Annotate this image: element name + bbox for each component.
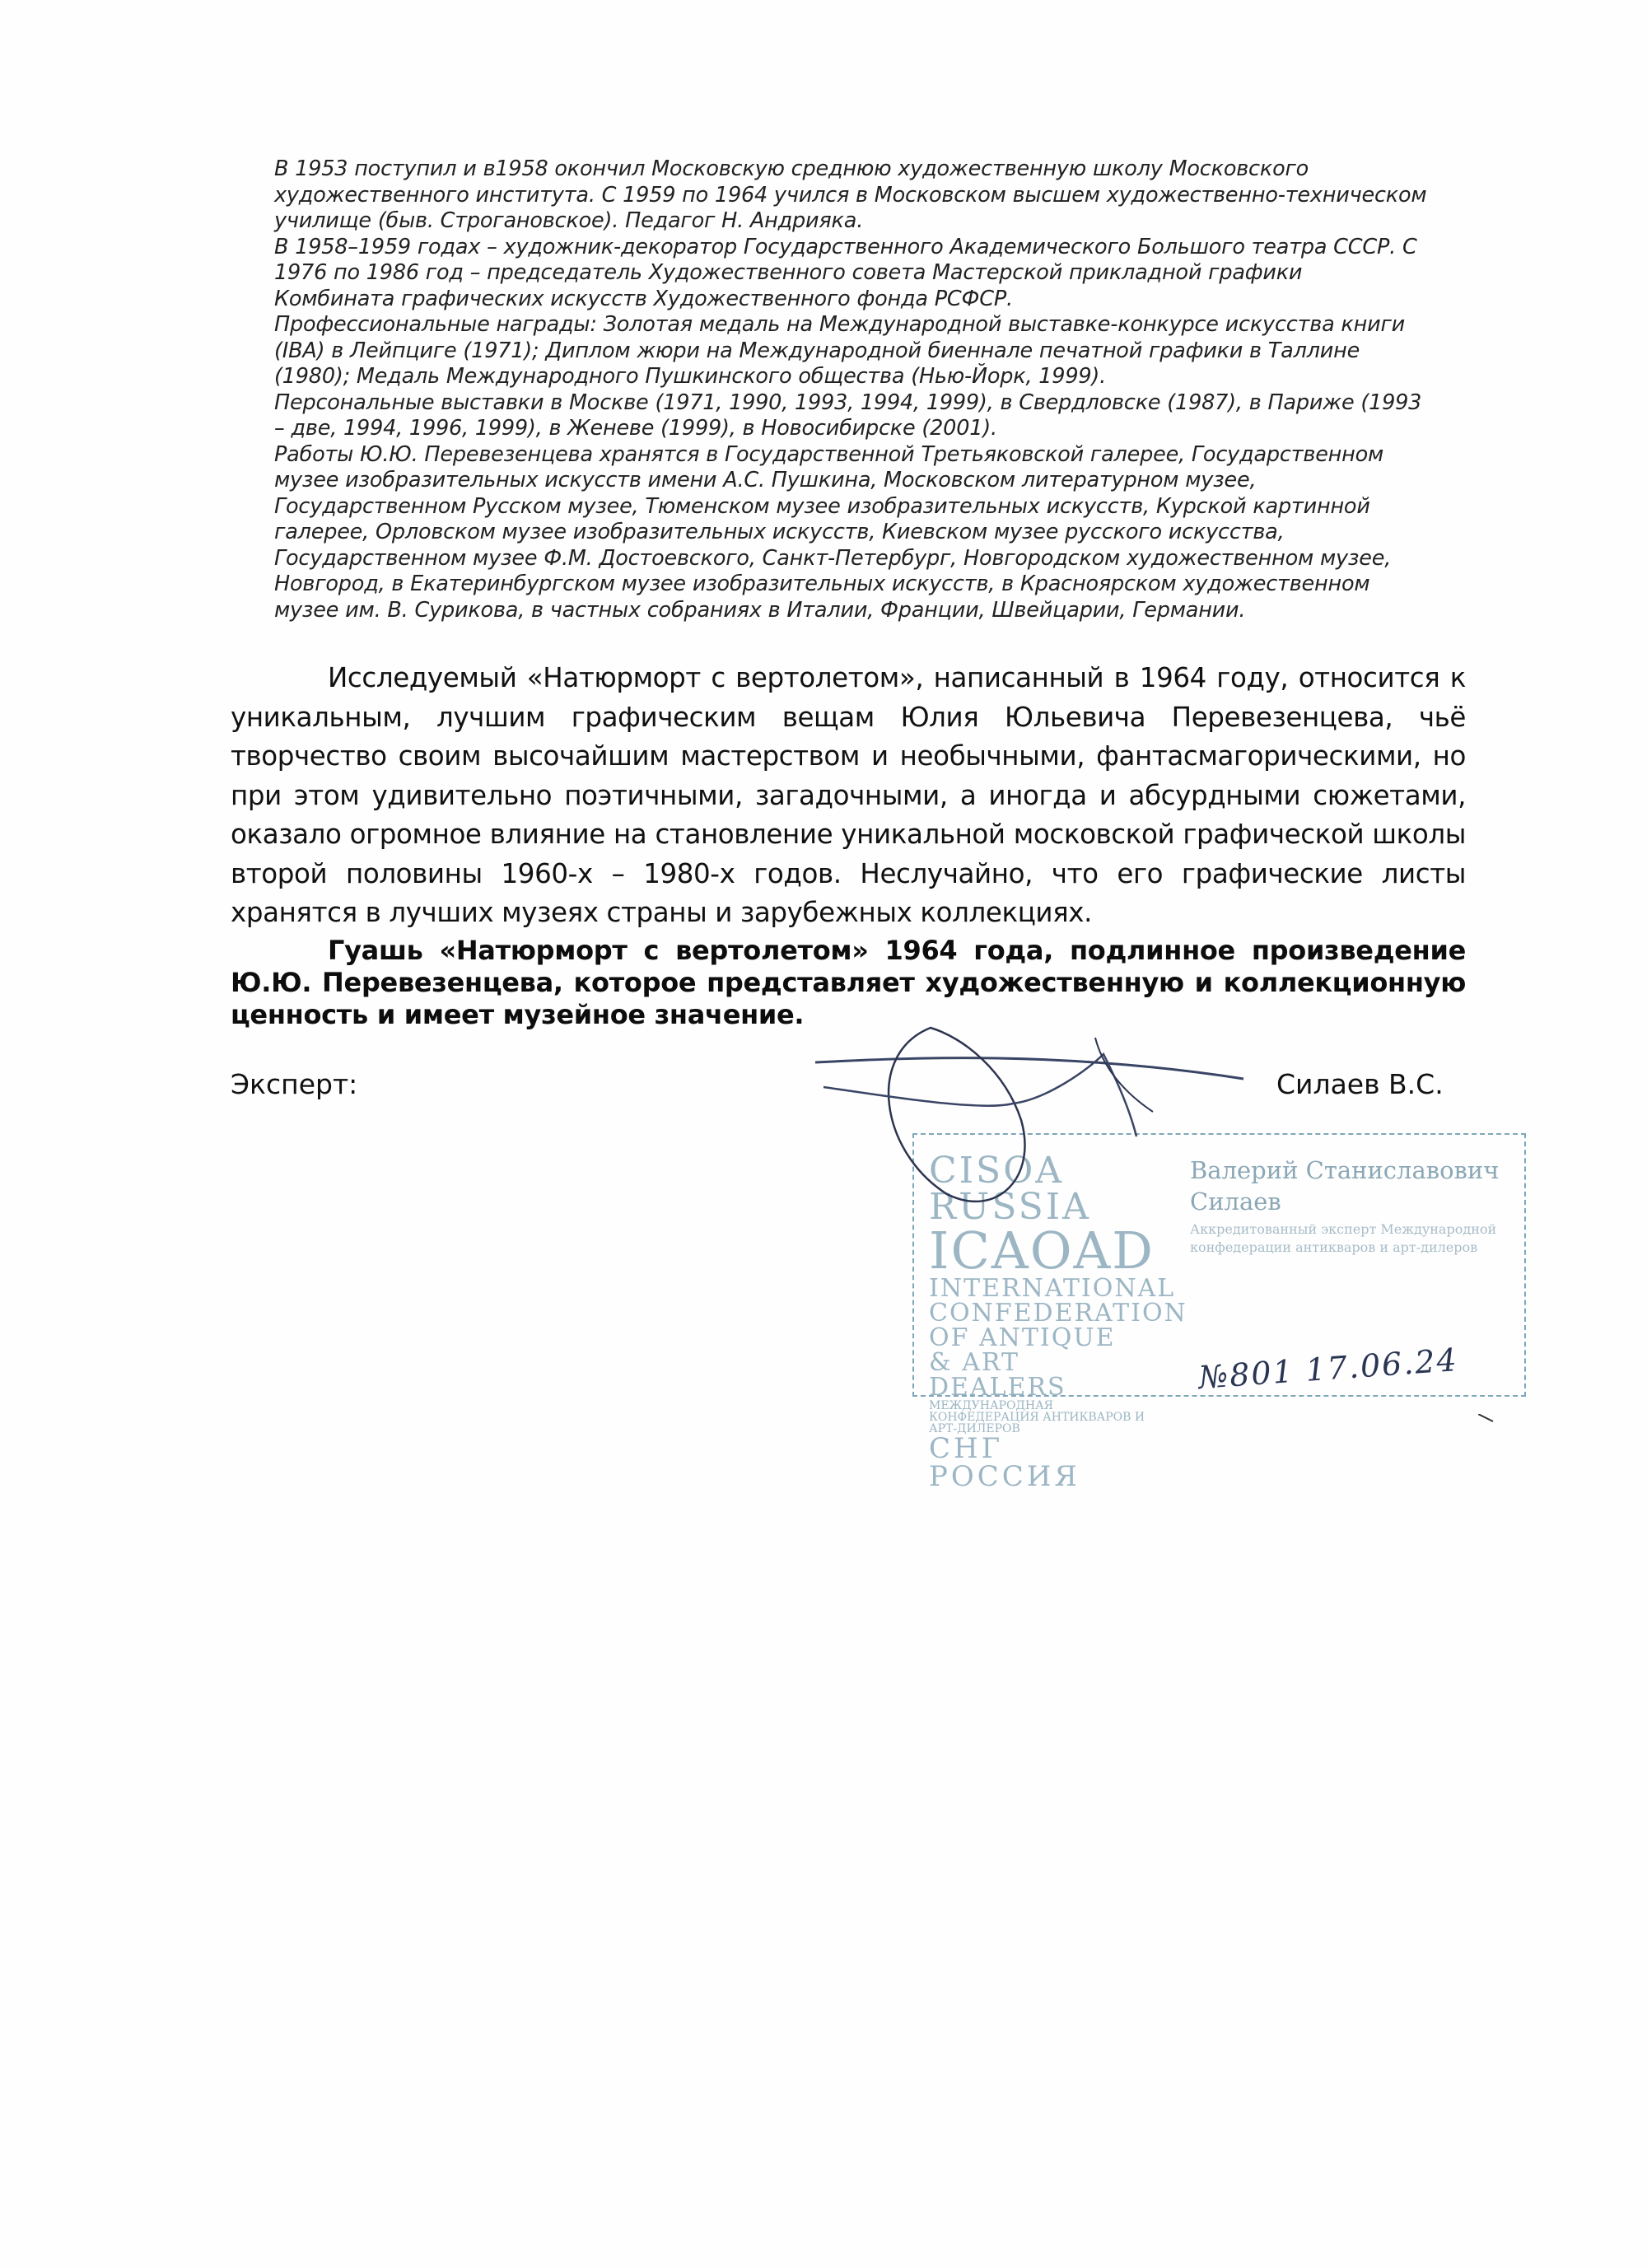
expert-label: Эксперт: <box>231 1068 357 1100</box>
conclusion-paragraph: Гуашь «Натюрморт с вертолетом» 1964 года… <box>231 935 1466 1031</box>
stamp-logo: CISOA RUSSIA ICAOAD INTERNATIONAL CONFED… <box>929 1153 1151 1491</box>
stamp-logo-line: INTERNATIONAL <box>929 1276 1151 1301</box>
expert-stamp: CISOA RUSSIA ICAOAD INTERNATIONAL CONFED… <box>912 1133 1526 1397</box>
document-page: В 1953 поступил и в1958 окончил Московск… <box>0 0 1647 2268</box>
analysis-paragraph: Исследуемый «Натюрморт с вертолетом», на… <box>231 659 1466 933</box>
stamp-logo-line: ICAOAD <box>929 1225 1151 1276</box>
stamp-holder-surname: Силаев <box>1190 1188 1511 1216</box>
bio-awards: Профессиональные награды: Золотая медаль… <box>274 312 1427 390</box>
bio-education: В 1953 поступил и в1958 окончил Московск… <box>274 156 1427 235</box>
bio-career: В 1958–1959 годах – художник-декоратор Г… <box>274 235 1427 313</box>
stamp-logo-line: МЕЖДУНАРОДНАЯ КОНФЕДЕРАЦИЯ АНТИКВАРОВ И … <box>929 1400 1151 1435</box>
stamp-holder-name: Валерий Станиславович <box>1190 1156 1511 1184</box>
stamp-logo-line: & ART DEALERS <box>929 1351 1151 1400</box>
stamp-logo-line: СНГ РОССИЯ <box>929 1435 1151 1491</box>
stamp-logo-line: OF ANTIQUE <box>929 1326 1151 1351</box>
stamp-holder-info: Валерий Станиславович Силаев Аккредитова… <box>1190 1156 1511 1257</box>
bio-exhibitions: Персональные выставки в Москве (1971, 19… <box>274 390 1427 442</box>
stamp-logo-line: CISOA RUSSIA <box>929 1153 1151 1225</box>
expert-conclusion: Гуашь «Натюрморт с вертолетом» 1964 года… <box>231 935 1466 1031</box>
handwritten-number-date: №801 17.06.24 <box>1197 1342 1459 1396</box>
expert-analysis: Исследуемый «Натюрморт с вертолетом», на… <box>231 659 1466 933</box>
stamp-logo-line: CONFEDERATION <box>929 1301 1151 1326</box>
artist-biography: В 1953 поступил и в1958 окончил Московск… <box>274 156 1427 623</box>
bio-collections: Работы Ю.Ю. Перевезенцева хранятся в Гос… <box>274 442 1427 624</box>
stamp-fine-print: Аккредитованный эксперт Международной ко… <box>1190 1220 1511 1257</box>
expert-name: Силаев В.С. <box>1276 1068 1444 1100</box>
pen-mark-icon <box>1478 1414 1495 1422</box>
